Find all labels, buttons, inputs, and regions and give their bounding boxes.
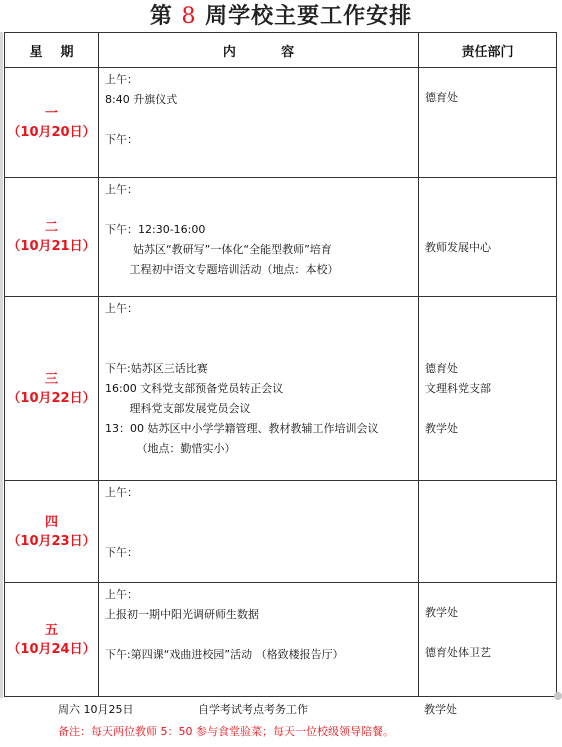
content-line: 上午：	[105, 299, 418, 319]
day-cell: 一（10月20日）	[5, 68, 99, 178]
table-header-row: 星 期 内 容 责任部门	[5, 33, 557, 68]
day-cell: 五（10月24日）	[5, 583, 99, 697]
content-line: 16:00 文科党支部预备党员转正会议	[105, 379, 418, 399]
dept-cell: 德育处	[419, 68, 557, 178]
dept-line: 教师发展中心	[425, 238, 556, 258]
saturday-content: 自学考试考点考务工作	[198, 702, 308, 718]
day-cell: 三（10月22日）	[5, 297, 99, 481]
table-row: 一（10月20日）上午：8:40 升旗仪式 下午：德育处	[5, 68, 557, 178]
content-line: 理科党支部发展党员会议	[105, 399, 418, 419]
weekday-label: 二	[5, 218, 98, 237]
saturday-day: 周六 10月25日	[58, 702, 134, 718]
content-line: 上午：	[105, 483, 418, 503]
content-line	[105, 339, 418, 359]
content-line	[105, 503, 418, 523]
content-line	[105, 319, 418, 339]
content-cell: 上午： 下午：	[99, 481, 419, 583]
content-line: 13：00 姑苏区中小学学籍管理、教材教辅工作培训会议	[105, 419, 418, 439]
date-label: （10月21日）	[5, 237, 98, 256]
dept-cell: 德育处文理科党支部 教学处	[419, 297, 557, 481]
day-cell: 四（10月23日）	[5, 481, 99, 583]
content-line	[105, 200, 418, 220]
content-line: 上午：	[105, 180, 418, 200]
saturday-dept: 教学处	[424, 702, 457, 718]
weekday-label: 一	[5, 104, 98, 123]
dept-cell	[419, 481, 557, 583]
week-number: 8	[182, 4, 197, 29]
table-row: 五（10月24日）上午：上报初一期中阳光调研师生数据 下午:第四课“戏曲进校园”…	[5, 583, 557, 697]
dept-cell: 教师发展中心	[419, 178, 557, 297]
header-dept: 责任部门	[419, 33, 557, 68]
content-line	[105, 625, 418, 645]
content-line: 下午：12:30-16:00	[105, 220, 418, 240]
page-title: 第 8 周学校主要工作安排	[0, 2, 562, 31]
weekday-label: 四	[5, 513, 98, 532]
content-line: 8:40 升旗仪式	[105, 90, 418, 110]
content-line	[105, 110, 418, 130]
dept-line: 教学处	[425, 603, 556, 623]
content-cell: 上午：8:40 升旗仪式 下午：	[99, 68, 419, 178]
content-line: 下午：	[105, 130, 418, 150]
dept-line: 文理科党支部	[425, 379, 556, 399]
content-line: 上报初一期中阳光调研师生数据	[105, 605, 418, 625]
dept-line	[425, 623, 556, 643]
dept-line	[425, 399, 556, 419]
content-line: 上午：	[105, 585, 418, 605]
content-cell: 上午： 下午:姑苏区三话比赛16:00 文科党支部预备党员转正会议 理科党支部发…	[99, 297, 419, 481]
table-row: 三（10月22日）上午： 下午:姑苏区三话比赛16:00 文科党支部预备党员转正…	[5, 297, 557, 481]
dept-line: 德育处	[425, 359, 556, 379]
date-label: （10月20日）	[5, 123, 98, 142]
date-label: （10月23日）	[5, 532, 98, 551]
dept-line: 德育处体卫艺	[425, 643, 556, 663]
content-cell: 上午： 下午：12:30-16:00 姑苏区“教研写”一体化“全能型教师”培育 …	[99, 178, 419, 297]
schedule-table: 星 期 内 容 责任部门 一（10月20日）上午：8:40 升旗仪式 下午：德育…	[4, 32, 557, 697]
dept-line: 德育处	[425, 88, 556, 108]
day-cell: 二（10月21日）	[5, 178, 99, 297]
weekday-label: 三	[5, 370, 98, 389]
content-line: 上午：	[105, 70, 418, 90]
content-line: 下午：	[105, 543, 418, 563]
title-suffix: 周学校主要工作安排	[197, 3, 413, 29]
date-label: （10月24日）	[5, 640, 98, 659]
header-day: 星 期	[5, 33, 99, 68]
content-line: 工程初中语文专题培训活动（地点：本校）	[105, 260, 418, 280]
remark-note: 备注：每天两位教师 5：50 参与食堂验菜；每天一位校级领导陪餐。	[58, 724, 394, 740]
header-content: 内 容	[99, 33, 419, 68]
content-line	[105, 523, 418, 543]
table-row: 二（10月21日）上午： 下午：12:30-16:00 姑苏区“教研写”一体化“…	[5, 178, 557, 297]
table-row: 四（10月23日）上午： 下午：	[5, 481, 557, 583]
content-line: 下午:第四课“戏曲进校园”活动 （格致楼报告厅）	[105, 645, 418, 665]
weekday-label: 五	[5, 621, 98, 640]
content-line: 下午:姑苏区三话比赛	[105, 359, 418, 379]
dept-line: 教学处	[425, 419, 556, 439]
date-label: （10月22日）	[5, 389, 98, 408]
title-prefix: 第	[150, 3, 182, 29]
content-cell: 上午：上报初一期中阳光调研师生数据 下午:第四课“戏曲进校园”活动 （格致楼报告…	[99, 583, 419, 697]
content-line: 姑苏区“教研写”一体化“全能型教师”培育	[105, 240, 418, 260]
dept-cell: 教学处 德育处体卫艺	[419, 583, 557, 697]
resize-handle[interactable]	[554, 692, 562, 700]
content-line: （地点：勤惜实小）	[105, 439, 418, 459]
page-edge	[0, 32, 3, 698]
